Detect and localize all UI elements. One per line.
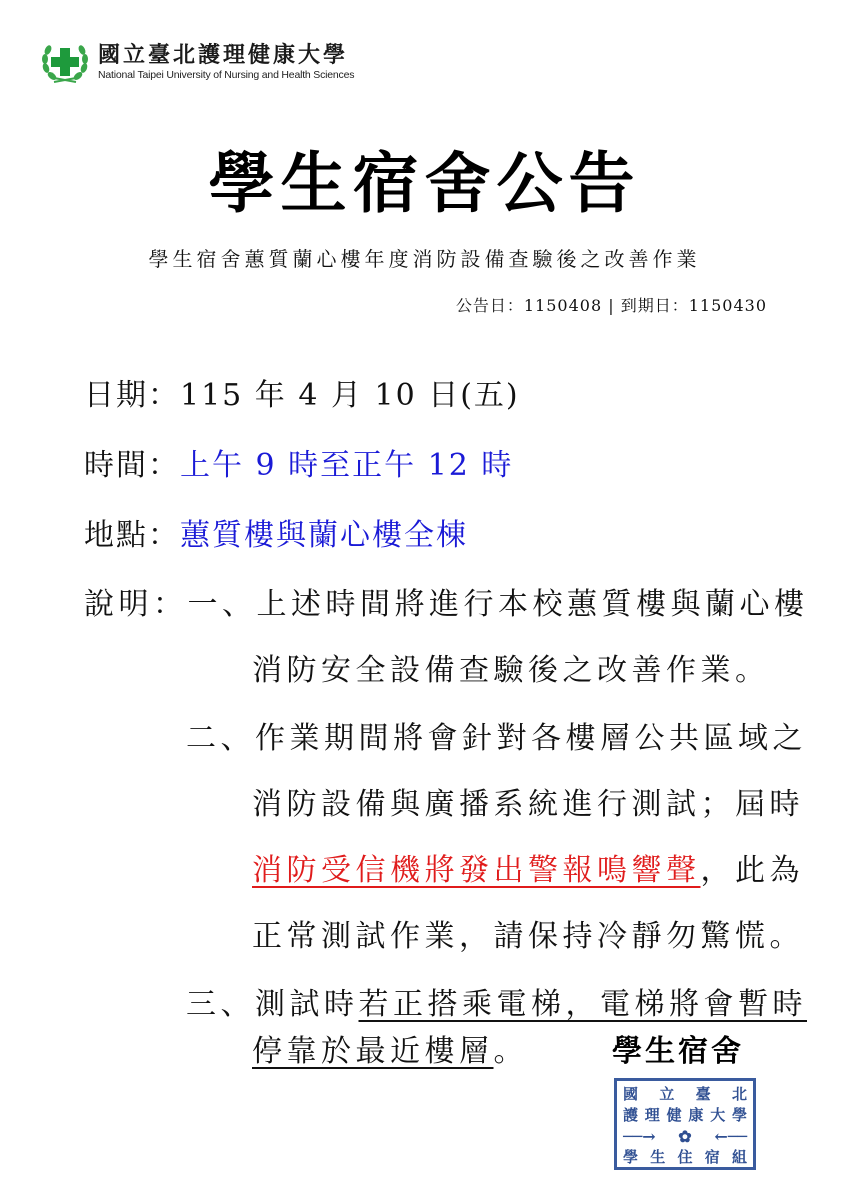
expiry-label: 到期日： [621, 296, 689, 315]
field-time: 時間：上午 9 時至正午 12 時 [84, 446, 513, 486]
stamp-char: 大 [710, 1105, 725, 1126]
elevator-warning-underlined-2: 停靠於最近樓層 [252, 1034, 494, 1069]
stamp-char: 國 [623, 1084, 638, 1105]
flower-emblem-icon: ✿ [678, 1127, 691, 1146]
location-value: 蕙質樓與蘭心樓全棟 [180, 518, 468, 553]
university-name-cn: 國立臺北護理健康大學 [98, 42, 354, 68]
description-label: 說明： [84, 587, 188, 622]
location-label: 地點： [84, 518, 180, 553]
university-logo: 國立臺北護理健康大學 National Taipei University of… [40, 38, 354, 86]
description-item-2-line-3: 消防受信機將發出警報鳴響聲，此為 [252, 851, 804, 891]
item-3-number: 三、 [186, 987, 255, 1022]
description-item-3-line-2: 停靠於最近樓層。 [252, 1032, 528, 1072]
item-1-number: 一、 [188, 587, 257, 622]
date-label: 日期： [84, 378, 180, 413]
item-3-line-2-rest: 。 [494, 1034, 529, 1069]
stamp-row-3: ──→ ✿ ←── [623, 1126, 747, 1147]
description-item-2-line-1: 二、作業期間將會針對各樓層公共區域之 [186, 719, 807, 759]
field-date: 日期：115 年 4 月 10 日(五) [84, 376, 520, 416]
stamp-char: 護 [623, 1105, 638, 1126]
right-arrow-icon: ──→ [623, 1127, 656, 1146]
announce-date: 1150408 [524, 296, 602, 315]
date-value: 115 年 4 月 10 日(五) [180, 378, 520, 413]
green-cross-laurel-icon [40, 38, 90, 86]
stamp-char: 學 [623, 1147, 638, 1168]
description-item-1-line-2: 消防安全設備查驗後之改善作業。 [252, 651, 770, 691]
issuer-signature: 學生宿舍 [612, 1032, 744, 1072]
item-2-number: 二、 [186, 721, 255, 756]
official-stamp: 國 立 臺 北 護 理 健 康 大 學 ──→ ✿ ←── 學 生 住 宿 組 [614, 1078, 756, 1170]
field-location: 地點：蕙質樓與蘭心樓全棟 [84, 516, 468, 556]
alarm-warning-highlight: 消防受信機將發出警報鳴響聲 [252, 853, 701, 888]
stamp-char: 臺 [696, 1084, 711, 1105]
time-value: 上午 9 時至正午 12 時 [180, 448, 513, 483]
stamp-char: 理 [645, 1105, 660, 1126]
stamp-char: 住 [677, 1147, 692, 1168]
description-item-2-line-4: 正常測試作業，請保持冷靜勿驚慌。 [252, 917, 804, 957]
university-name-en: National Taipei University of Nursing an… [98, 68, 354, 82]
stamp-char: 北 [732, 1084, 747, 1105]
notice-subtitle: 學生宿舍蕙質蘭心樓年度消防設備查驗後之改善作業 [0, 244, 849, 274]
expiry-date: 1150430 [689, 296, 767, 315]
time-label: 時間： [84, 448, 180, 483]
announce-label: 公告日： [456, 296, 524, 315]
description-item-1-line-1: 說明：一、上述時間將進行本校蕙質樓與蘭心樓 [84, 585, 809, 625]
description-item-3-line-1: 三、測試時若正搭乘電梯，電梯將會暫時 [186, 985, 807, 1025]
notice-dates: 公告日：1150408 | 到期日：1150430 [456, 294, 767, 318]
left-arrow-icon: ←── [714, 1127, 747, 1146]
stamp-char: 生 [650, 1147, 665, 1168]
stamp-row-4: 學 生 住 宿 組 [623, 1147, 747, 1168]
stamp-char: 立 [659, 1084, 674, 1105]
stamp-row-2: 護 理 健 康 大 學 [623, 1105, 747, 1126]
stamp-char: 學 [732, 1105, 747, 1126]
elevator-warning-underlined: 若正搭乘電梯，電梯將會暫時 [359, 987, 808, 1022]
description-item-2-line-2: 消防設備與廣播系統進行測試；屆時 [252, 785, 804, 825]
stamp-char: 宿 [705, 1147, 720, 1168]
item-2-text: 作業期間將會針對各樓層公共區域之 [255, 721, 807, 756]
item-1-text: 上述時間將進行本校蕙質樓與蘭心樓 [257, 587, 809, 622]
date-separator: | [608, 296, 614, 315]
notice-title: 學生宿舍公告 [0, 142, 849, 226]
item-3-text: 測試時 [255, 987, 359, 1022]
stamp-char: 健 [667, 1105, 682, 1126]
stamp-char: 康 [688, 1105, 703, 1126]
stamp-char: 組 [732, 1147, 747, 1168]
item-2-line-3-rest: ，此為 [701, 853, 805, 888]
stamp-row-1: 國 立 臺 北 [623, 1084, 747, 1105]
